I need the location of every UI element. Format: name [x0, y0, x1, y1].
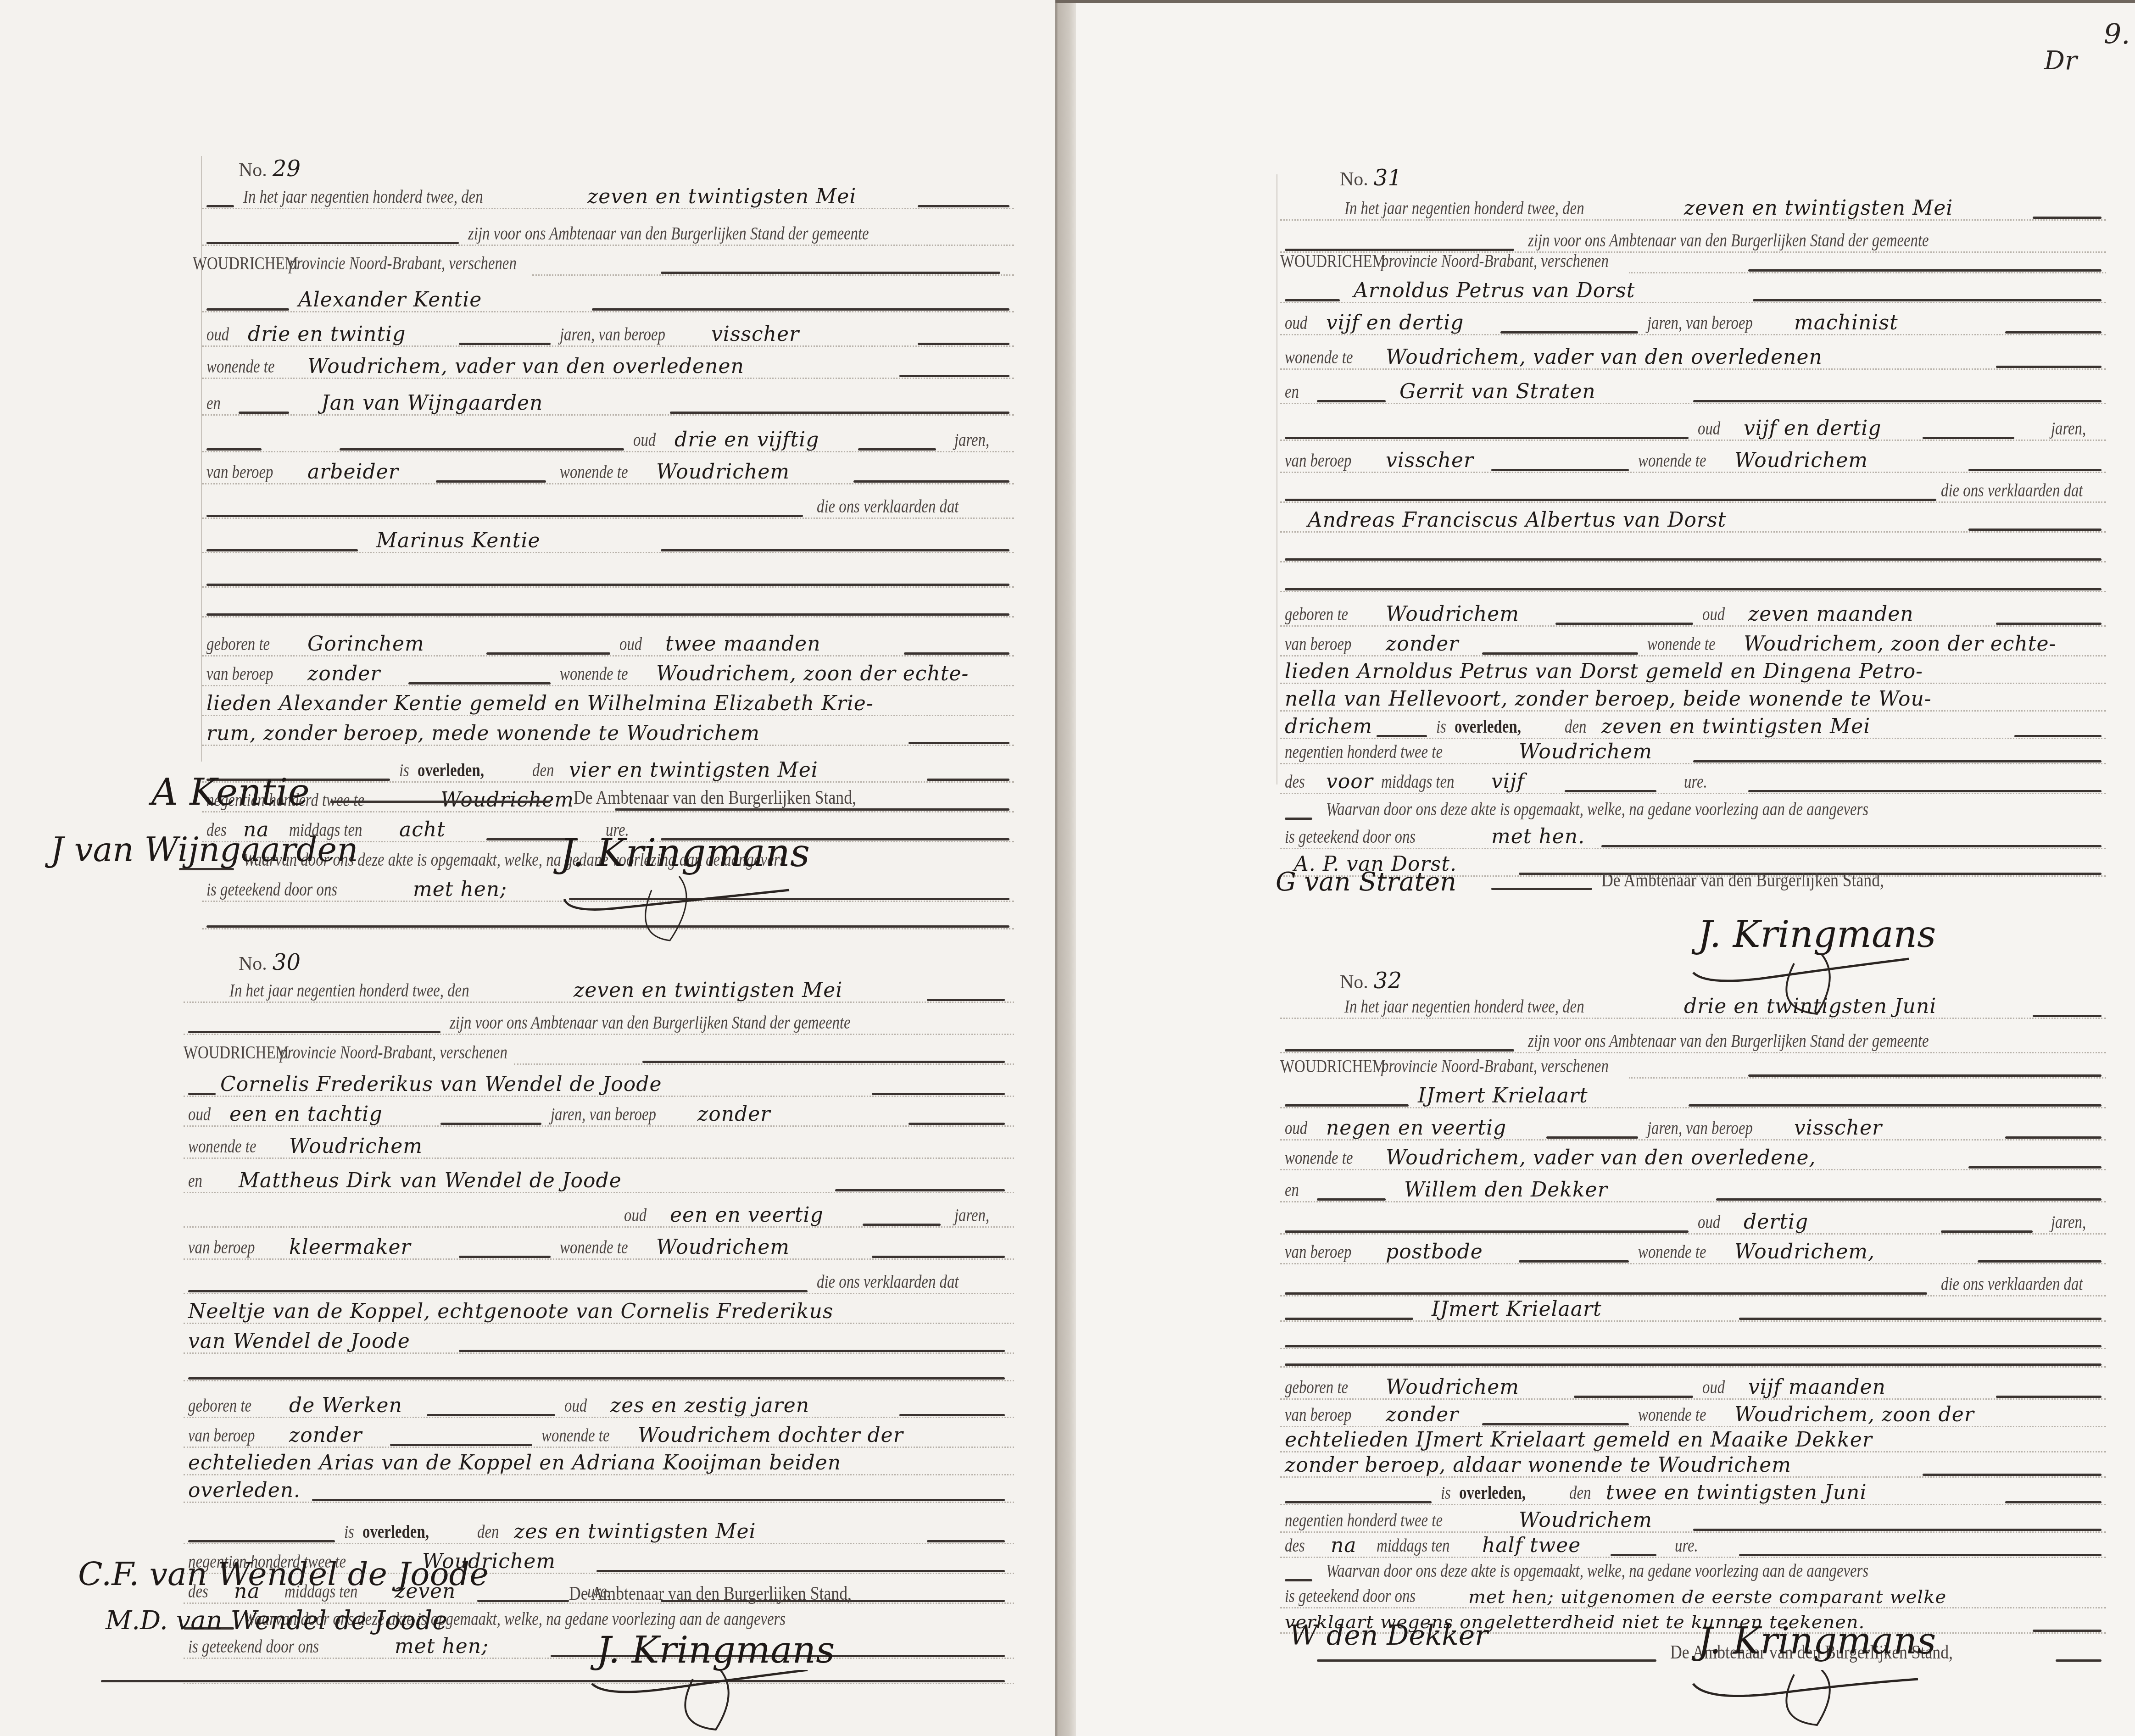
- declarant1-name: Alexander Kentie: [298, 288, 482, 312]
- signature-official: J. Kringmans: [596, 1629, 835, 1671]
- deceased-name: Andreas Franciscus Albertus van Dorst: [1308, 508, 1726, 532]
- margin-rule: [1277, 174, 1277, 785]
- deceased-name: IJmert Krielaart: [1432, 1297, 1602, 1321]
- official-title: De Ambtenaar van den Burgerlijken Stand,: [574, 787, 856, 809]
- signature-declarant2: G van Straten: [1276, 867, 1456, 897]
- page-annotation: Dr: [2044, 46, 2077, 76]
- death-date: vier en twintigsten Mei: [569, 758, 818, 782]
- page-top-edge: [1055, 0, 2135, 3]
- death-date: zes en twintigsten Mei: [514, 1520, 756, 1543]
- date-declared: zeven en twintigsten Mei: [587, 185, 856, 208]
- signature-declarant2: J van Wijngaarden: [50, 830, 358, 869]
- death-date: twee en twintigsten Juni: [1606, 1481, 1867, 1504]
- declarant1-name: Cornelis Frederikus van Wendel de Joode: [220, 1073, 662, 1096]
- official-title: De Ambtenaar van den Burgerlijken Stand,: [1601, 869, 1884, 891]
- declarant1-name: IJmert Krielaart: [1418, 1084, 1588, 1107]
- declarant2-name: Willem den Dekker: [1404, 1178, 1608, 1202]
- signature-declarant1: C.F. van Wendel de Joode: [78, 1555, 489, 1593]
- declarant2-name: Gerrit van Straten: [1399, 380, 1596, 403]
- deceased-name: Neeltje van de Koppel, echtgenoote van C…: [188, 1300, 833, 1323]
- date-declared: zeven en twintigsten Mei: [574, 979, 842, 1002]
- signature-official: J. Kringmans: [1698, 913, 1936, 956]
- deceased-name: Marinus Kentie: [376, 529, 541, 552]
- signature-flourish-icon: [587, 1670, 909, 1736]
- declarant2-name: Jan van Wijngaarden: [321, 391, 543, 415]
- signature-flourish-icon: [1689, 1670, 2010, 1736]
- declarant1-name: Arnoldus Petrus van Dorst: [1354, 279, 1635, 302]
- page-number: 9.: [2104, 18, 2130, 50]
- signature-declarant1: A Kentie: [151, 771, 310, 813]
- signature-flourish-icon: [560, 872, 936, 963]
- signature-declarant1: W den Dekker: [1289, 1619, 1488, 1652]
- record-number: No.29: [239, 156, 301, 182]
- declarant2-name: Mattheus Dirk van Wendel de Joode: [239, 1169, 622, 1192]
- record-number: No.30: [239, 950, 301, 975]
- date-declared: zeven en twintigsten Mei: [1684, 196, 1953, 220]
- signature-declarant2: M.D. van Wendel de Joode: [106, 1606, 447, 1636]
- record-number: No.31: [1340, 165, 1402, 191]
- signature-official: J. Kringmans: [560, 830, 810, 875]
- book-gutter: [1055, 0, 1076, 1736]
- date-declared: drie en twintigsten Juni: [1684, 995, 1936, 1018]
- official-title: De Ambtenaar van den Burgerlijken Stand,: [569, 1583, 852, 1605]
- signature-official: J. Kringmans: [1698, 1619, 1936, 1662]
